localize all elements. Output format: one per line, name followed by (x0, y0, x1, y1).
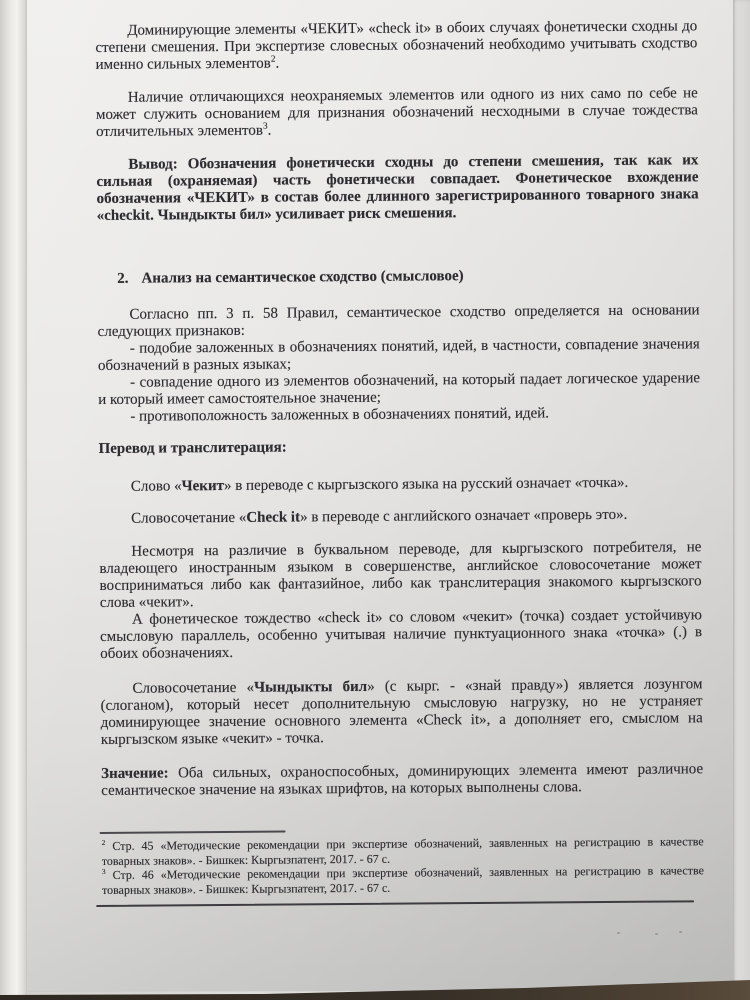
underlying-sheet-left-edge (0, 0, 27, 1000)
paragraph-conclusion: Вывод: Обозначения фонетически сходны до… (96, 152, 699, 225)
paragraph-text: Словосочетание « (131, 510, 246, 527)
paragraph-text: » в переводе с английского означает «про… (300, 507, 627, 526)
term-check-it: Check it (246, 509, 300, 525)
bullet-coinciding-element: - совпадение одного из элементов обознач… (98, 370, 700, 409)
paragraph-text: Оба сильных, охраноспособных, доминирующ… (101, 761, 703, 799)
footnote-separator-line (100, 831, 286, 834)
paragraph-text: Словосочетание « (132, 680, 254, 697)
page-content: Доминирующие элементы «ЧЕКИТ» «check it»… (95, 0, 704, 907)
footnote-text: Стр. 46 «Методические рекомендации при э… (102, 863, 704, 896)
paragraph-chekit-translation: Слово «Чекит» в переводе с кыргызского я… (99, 474, 701, 496)
document-page: Доминирующие элементы «ЧЕКИТ» «check it»… (27, 0, 733, 991)
paper-speck (655, 933, 658, 935)
paragraph-consumer-perception: Несмотря на различие в буквальном перево… (99, 539, 702, 612)
footnote-2: 2 Стр. 45 «Методические рекомендации при… (102, 834, 704, 868)
paragraph-checkit-translation: Словосочетание «Check it» в переводе с а… (99, 506, 701, 528)
bullet-opposite-concepts: - противоположность заложенных в обознач… (98, 404, 700, 426)
paragraph-unprotected-elements: Наличие отличающихся неохраняемых элемен… (96, 85, 698, 141)
term-chyndykty-bil: Чындыкты бил (254, 679, 367, 696)
section-number: 2. (117, 271, 128, 288)
paragraph-phonetic-identity: А фонетическое тождество «check it» со с… (100, 607, 702, 663)
photo-frame: Доминирующие элементы «ЧЕКИТ» «check it»… (0, 0, 750, 1000)
paragraph-meaning: Значение: Оба сильных, охраноспособных, … (101, 761, 703, 800)
paragraph-text: Доминирующие элементы «ЧЕКИТ» «check it»… (95, 18, 697, 73)
paragraph-text: Слово « (131, 478, 182, 494)
section-title: Анализ на семантическое сходство (смысло… (141, 268, 463, 287)
paragraph-text: . (268, 123, 272, 139)
footnotes-block: 2 Стр. 45 «Методические рекомендации при… (102, 834, 704, 897)
footnote-3: 3 Стр. 46 «Методические рекомендации при… (102, 863, 704, 897)
bullet-similar-concepts: - подобие заложенных в обозначениях поня… (98, 336, 700, 375)
term-chekit: Чекит (182, 478, 224, 494)
paragraph-text: . (275, 56, 279, 72)
paragraph-slogan: Словосочетание «Чындыкты бил» (с кырг. -… (100, 676, 703, 749)
paragraph-text: Наличие отличающихся неохраняемых элемен… (96, 85, 698, 140)
page-footer-rule (96, 900, 694, 907)
paragraph-dominant-elements: Доминирующие элементы «ЧЕКИТ» «check it»… (95, 18, 697, 74)
section-heading-semantic-analysis: 2.Анализ на семантическое сходство (смыс… (97, 266, 699, 288)
paragraph-rules-criteria: Согласно пп. 3 п. 58 Правил, семантическ… (97, 302, 699, 341)
paper-speck (679, 931, 682, 933)
underlying-sheet-right-edge (731, 0, 750, 988)
meaning-label: Значение: (101, 765, 169, 782)
paragraph-text: » в переводе с кыргызского языка на русс… (224, 475, 628, 494)
heading-translation-transliteration: Перевод и транслитерация: (99, 436, 701, 458)
footnote-text: Стр. 45 «Методические рекомендации при э… (102, 834, 704, 867)
paper-speck (617, 932, 620, 934)
